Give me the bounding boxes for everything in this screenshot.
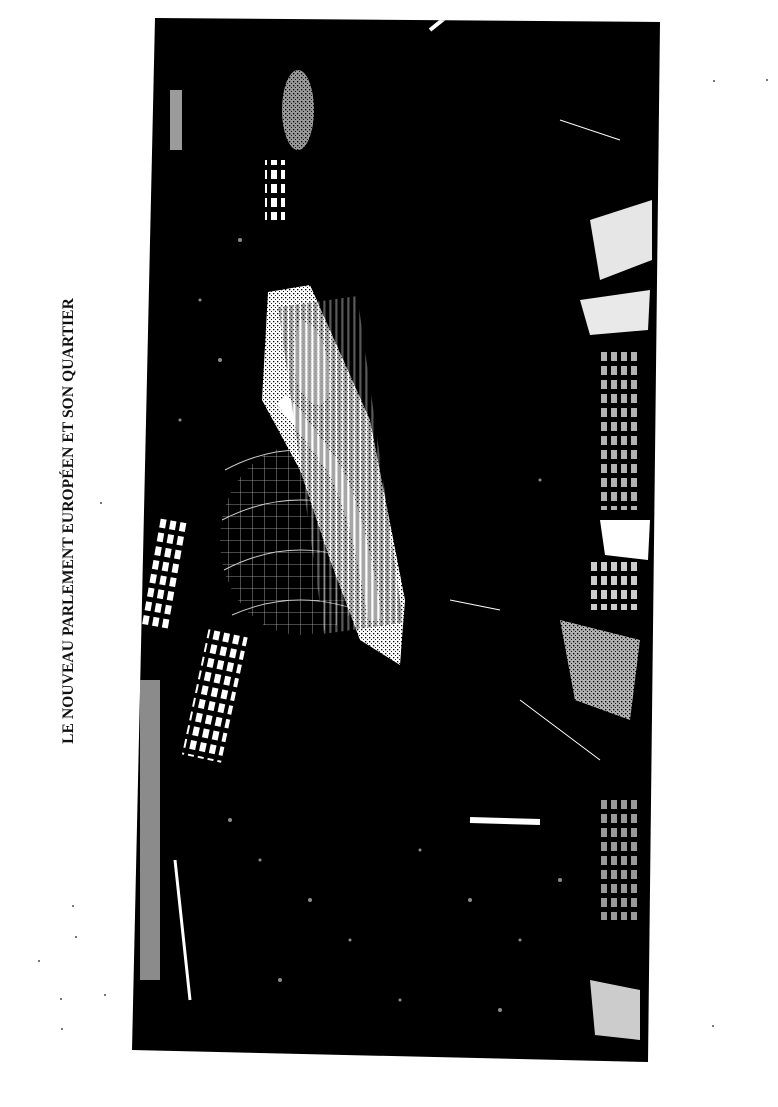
scanned-document-page: LE NOUVEAU PARLEMENT EUROPÉEN ET SON QUA… (0, 0, 778, 1107)
photo-frame (132, 18, 660, 1062)
aerial-photograph (0, 0, 778, 1107)
